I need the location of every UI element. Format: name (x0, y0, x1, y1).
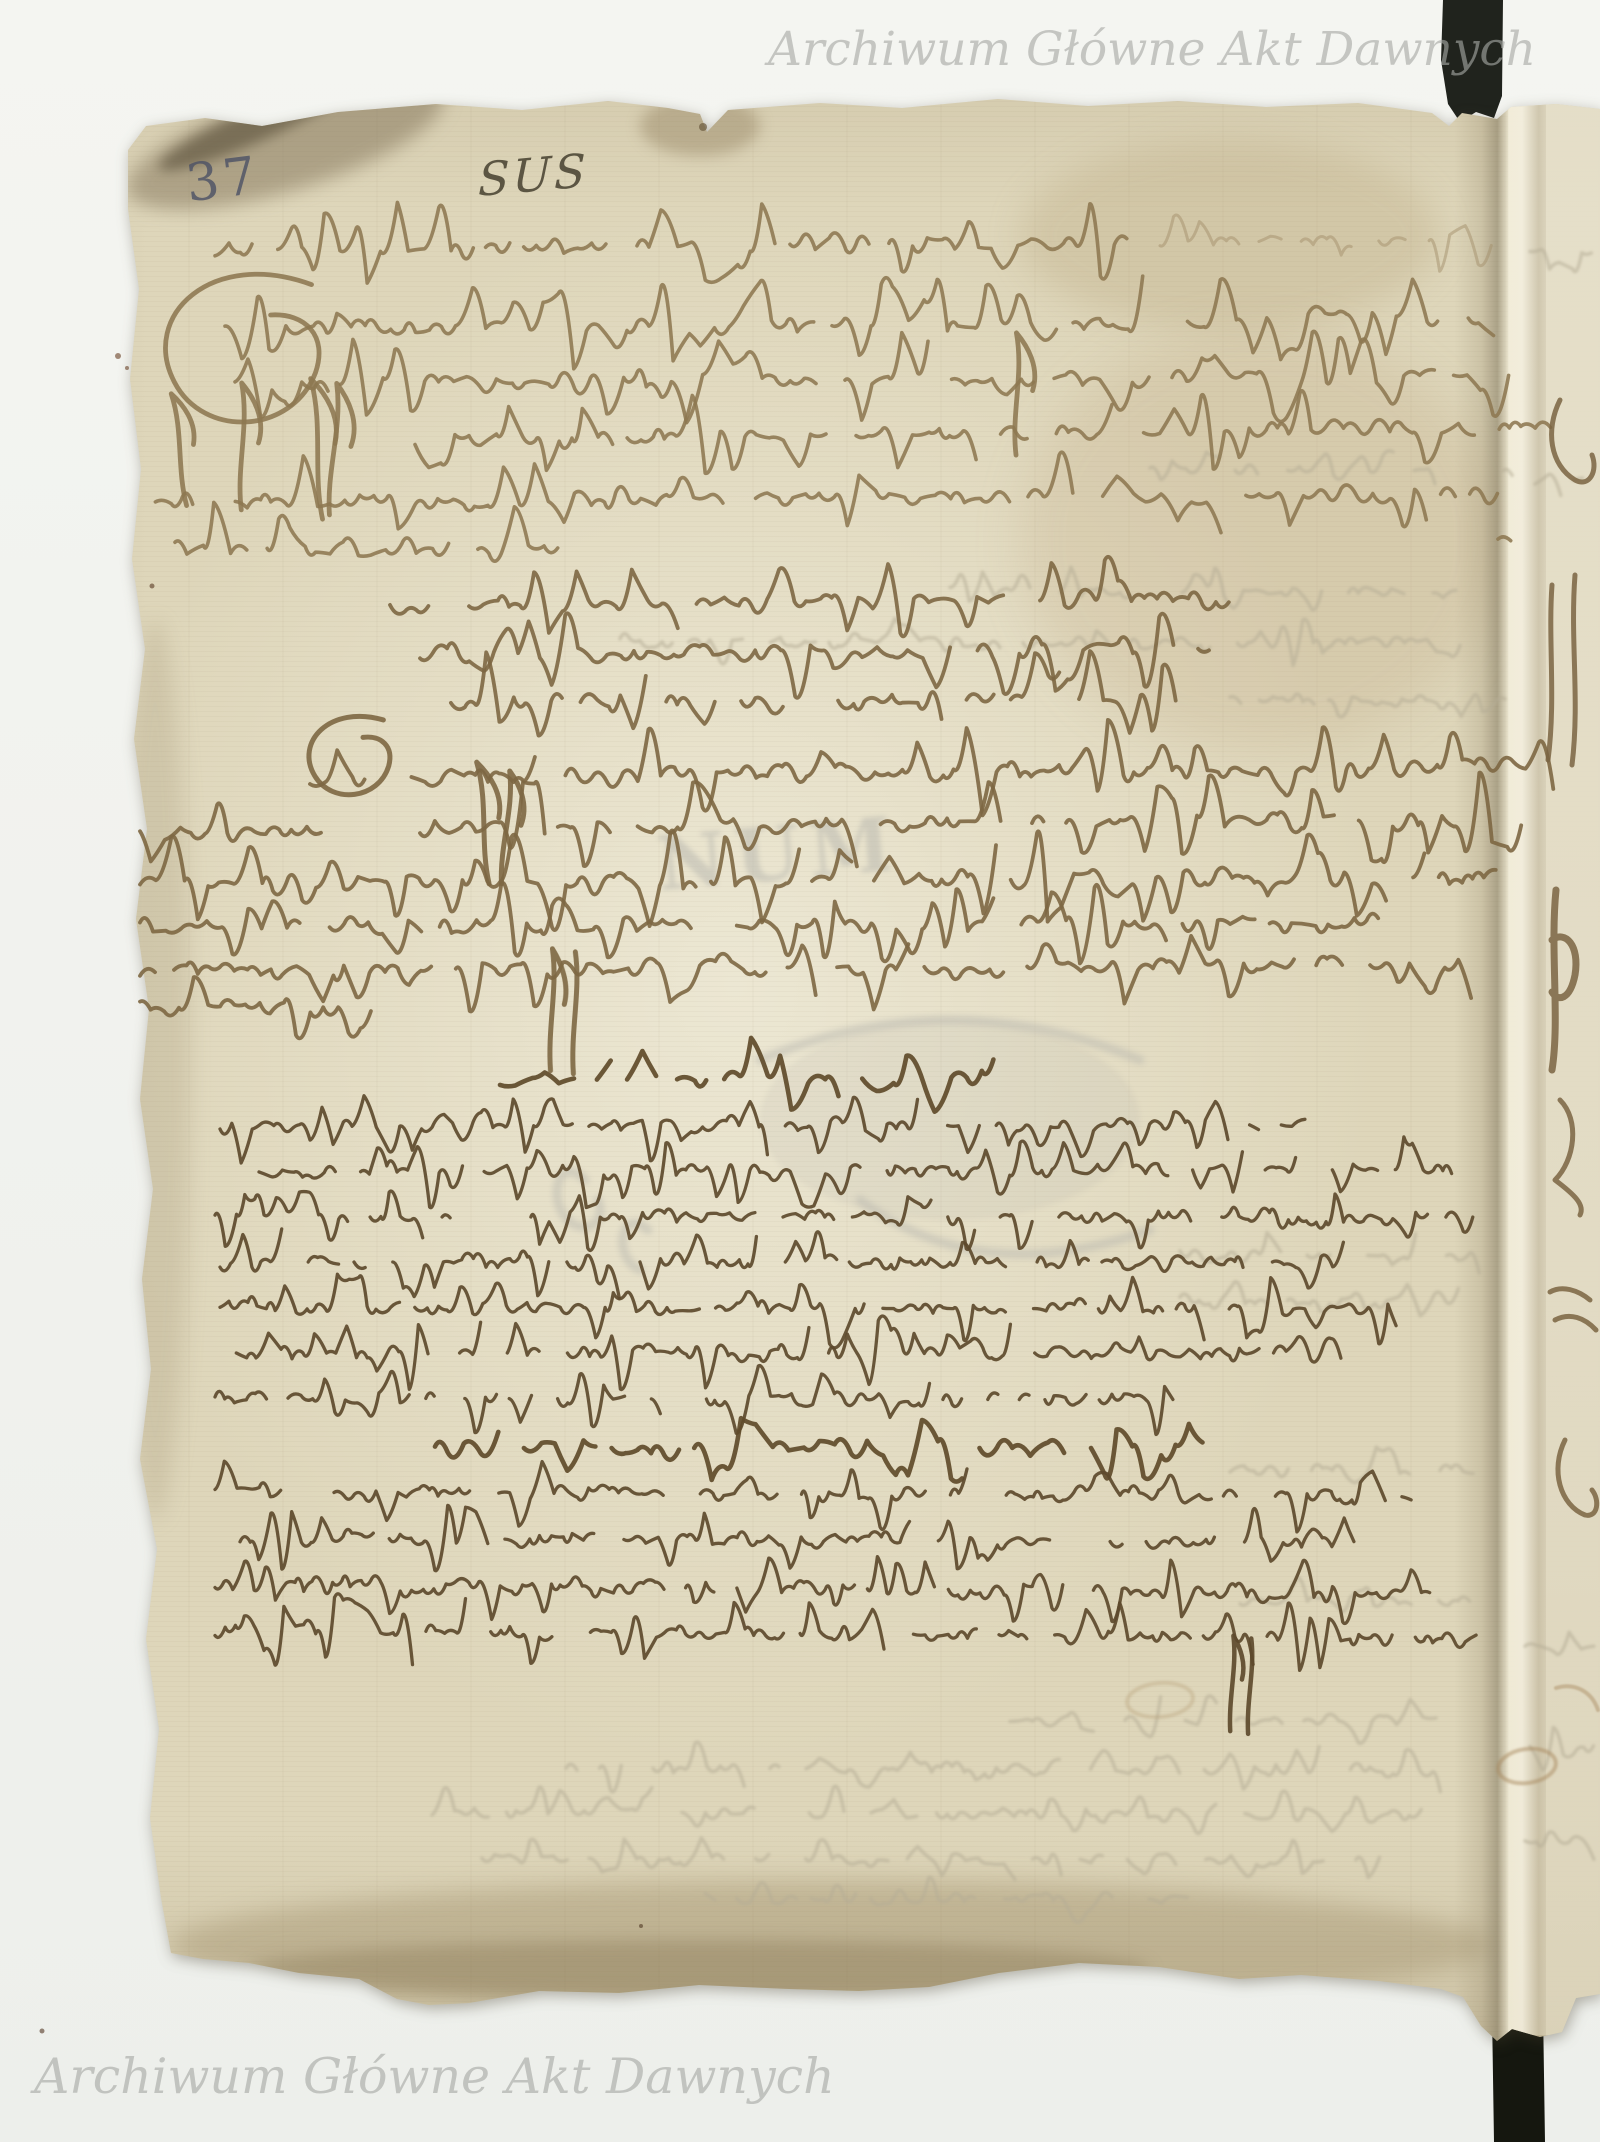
next-page-ink-fragment (1552, 400, 1594, 482)
ink-line (1160, 215, 1491, 271)
ink-line (310, 720, 1553, 816)
bleedthrough-line (1180, 1282, 1458, 1316)
ink-line (155, 452, 1497, 533)
ink-speck (150, 584, 155, 589)
archival-scan: NUM 37 SUS Archiwum Główne Akt Dawnych A… (0, 0, 1600, 2142)
ink-line (140, 936, 1471, 1012)
ink-speck (40, 2029, 45, 2034)
bleedthrough-line (1180, 1233, 1479, 1273)
ink-ring-mark (1496, 1745, 1558, 1787)
ink-line (215, 202, 1127, 283)
next-page-ink-fragment (1558, 1440, 1597, 1515)
ink-line (215, 1366, 1173, 1435)
bleedthrough-line (1525, 1632, 1594, 1654)
ink-speck (639, 1924, 643, 1928)
stamp-eagle-body (760, 1020, 1140, 1220)
ink-line (140, 977, 371, 1038)
heading-ink-line (435, 1418, 1203, 1481)
bleedthrough-line (1150, 451, 1512, 484)
ink-line (390, 557, 1229, 637)
next-page-ink-fragment (1548, 575, 1575, 765)
bleedthrough-line (566, 1742, 1440, 1792)
stamp-letters: NUM (654, 801, 905, 908)
ink-line (1498, 537, 1511, 541)
ink-line (240, 1505, 1354, 1570)
bleedthrough-line (1010, 1696, 1436, 1743)
bleedthrough-line (1230, 1447, 1473, 1483)
next-page-ink-fragment (1555, 1100, 1581, 1215)
bleedthrough-line (1525, 1832, 1594, 1859)
ink-line (236, 1316, 1341, 1390)
bleedthrough-line (1230, 694, 1505, 717)
ink-flourish (1012, 333, 1036, 456)
header-inscription: SUS (478, 143, 589, 207)
bleedthrough-line (482, 1838, 1380, 1880)
next-page-ink-fragment (1550, 1289, 1596, 1330)
ink-line (220, 1229, 1394, 1298)
bleedthrough-line (1530, 249, 1591, 271)
handwriting-layer: NUM (0, 0, 1600, 2142)
ink-line (451, 651, 1176, 736)
ink-curve-mark (1556, 1686, 1598, 1710)
ink-speck (125, 366, 129, 370)
ink-line (225, 276, 1494, 369)
ink-speck (699, 123, 707, 131)
ink-flourish (301, 709, 399, 803)
archive-watermark-bottom: Archiwum Główne Akt Dawnych (34, 2048, 835, 2105)
folio-number: 37 (183, 146, 264, 215)
next-page-ink-fragment (1552, 890, 1576, 1070)
bleedthrough-line (432, 1786, 1421, 1833)
ink-line (175, 502, 558, 561)
ink-line (215, 1594, 1476, 1671)
ink-line (215, 1557, 1430, 1624)
ink-speck (115, 353, 121, 359)
ink-line (235, 331, 1509, 422)
embossed-archive-stamp: NUM (654, 801, 1140, 1220)
bleedthrough-line (705, 1877, 1187, 1922)
archive-watermark-top: Archiwum Główne Akt Dawnych (768, 22, 1536, 77)
